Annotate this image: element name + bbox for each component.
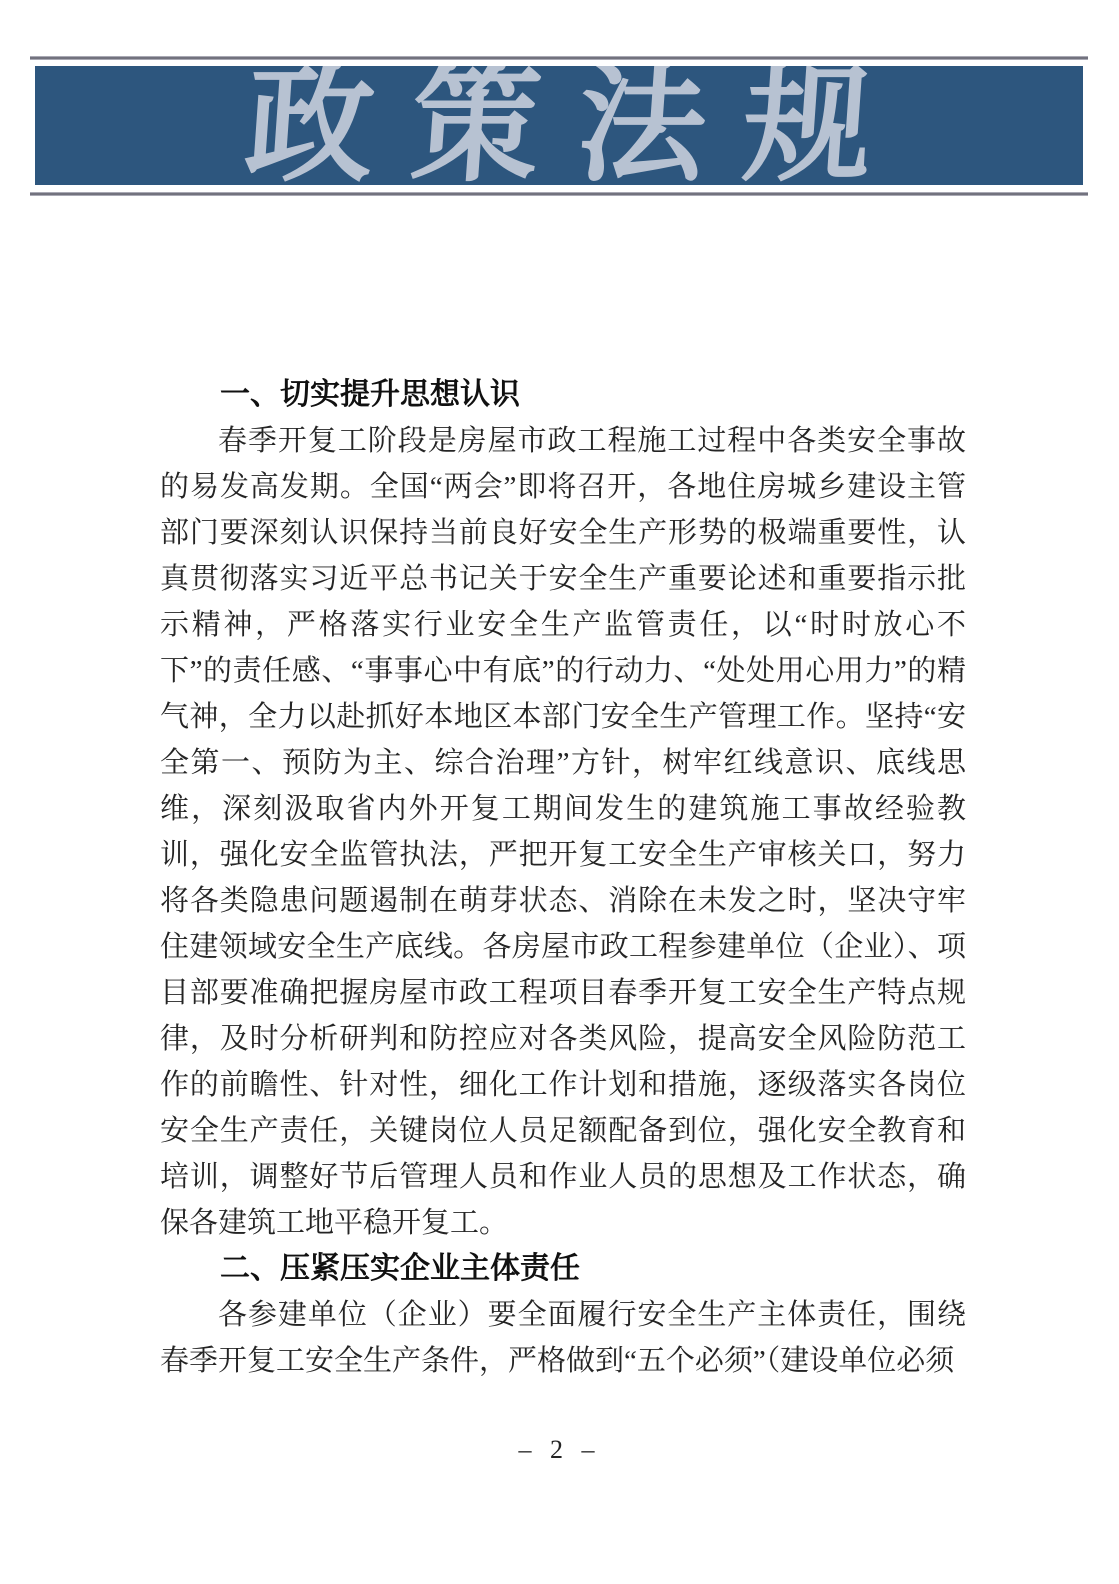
document-content: 一、切实提升思想认识 春季开复工阶段是房屋市政工程施工过程中各类安全事故的易发高… xyxy=(160,372,966,1384)
document-page: 政策法规 一、切实提升思想认识 春季开复工阶段是房屋市政工程施工过程中各类安全事… xyxy=(0,0,1119,1584)
page-number-text: – 2 – xyxy=(519,1435,601,1464)
section-1-paragraph: 春季开复工阶段是房屋市政工程施工过程中各类安全事故的易发高发期。全国“两会”即将… xyxy=(160,418,966,1246)
banner-title: 政策法规 xyxy=(242,66,915,185)
top-divider-line xyxy=(30,56,1088,60)
section-2-paragraph: 各参建单位（企业）要全面履行安全生产主体责任，围绕春季开复工安全生产条件，严格做… xyxy=(160,1292,966,1384)
page-number: – 2 – xyxy=(0,1434,1119,1466)
header-banner: 政策法规 xyxy=(35,66,1083,185)
bottom-divider-line xyxy=(30,192,1088,196)
section-1-heading: 一、切实提升思想认识 xyxy=(160,372,966,418)
section-2-heading: 二、压紧压实企业主体责任 xyxy=(160,1246,966,1292)
